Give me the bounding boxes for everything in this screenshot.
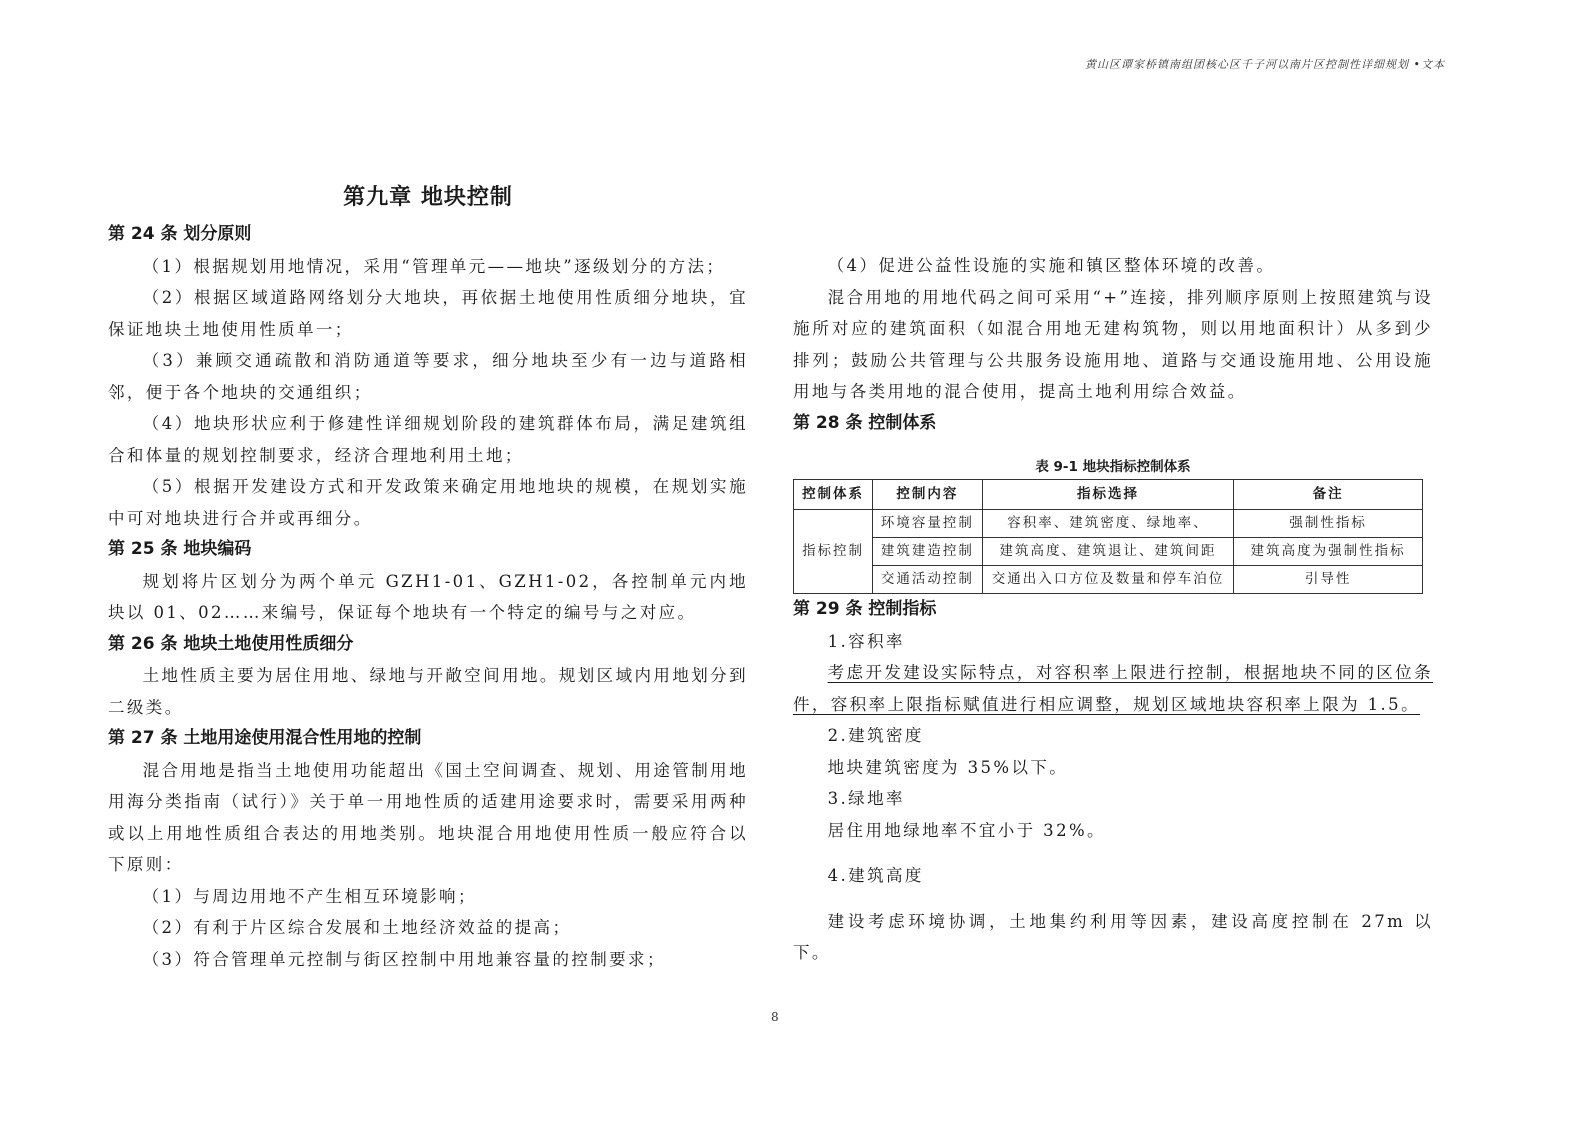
table-row: 交通活动控制 交通出入口方位及数量和停车泊位 引导性 — [794, 566, 1423, 594]
table-cell: 交通出入口方位及数量和停车泊位 — [982, 566, 1234, 594]
table-group-cell: 指标控制 — [794, 510, 873, 594]
table-header-cell: 指标选择 — [982, 480, 1234, 510]
article-27-item-1: （1）与周边用地不产生相互环境影响； — [108, 881, 748, 913]
left-column: 第 24 条 划分原则 （1）根据规划用地情况，采用“管理单元——地块”逐级划分… — [108, 219, 748, 975]
article-24-item-4: （4）地块形状应利于修建性详细规划阶段的建筑群体布局，满足建筑组合和体量的规划控… — [108, 408, 748, 471]
table-header-cell: 控制内容 — [873, 480, 983, 510]
far-label: 1.容积率 — [793, 626, 1433, 658]
page-number: 8 — [771, 1010, 779, 1024]
table-row: 指标控制 环境容量控制 容积率、建筑密度、绿地率、 强制性指标 — [794, 510, 1423, 538]
table-cell: 交通活动控制 — [873, 566, 983, 594]
article-24-item-2: （2）根据区域道路网络划分大地块，再依据土地使用性质细分地块，宜保证地块土地使用… — [108, 282, 748, 345]
density-label: 2.建筑密度 — [793, 720, 1433, 752]
table-header-row: 控制体系 控制内容 指标选择 备注 — [794, 480, 1423, 510]
article-24-item-1: （1）根据规划用地情况，采用“管理单元——地块”逐级划分的方法； — [108, 251, 748, 283]
right-column: （4）促进公益性设施的实施和镇区整体环境的改善。 混合用地的用地代码之间可采用“… — [793, 250, 1433, 969]
article-27-item-3: （3）符合管理单元控制与街区控制中用地兼容量的控制要求； — [108, 944, 748, 976]
article-26-title: 第 26 条 地块土地使用性质细分 — [108, 629, 748, 661]
table-cell: 环境容量控制 — [873, 510, 983, 538]
article-27-title: 第 27 条 土地用途使用混合性用地的控制 — [108, 723, 748, 755]
green-text: 居住用地绿地率不宜小于 32%。 — [793, 815, 1433, 847]
table-row: 建筑建造控制 建筑高度、建筑退让、建筑间距 建筑高度为强制性指标 — [794, 538, 1423, 566]
article-25-text: 规划将片区划分为两个单元 GZH1-01、GZH1-02，各控制单元内地块以 0… — [108, 566, 748, 629]
green-label: 3.绿地率 — [793, 783, 1433, 815]
table-header-cell: 控制体系 — [794, 480, 873, 510]
table-header-cell: 备注 — [1234, 480, 1423, 510]
table-cell: 建筑高度为强制性指标 — [1234, 538, 1423, 566]
table-caption: 表 9-1 地块指标控制体系 — [793, 455, 1433, 479]
chapter-title: 第九章 地块控制 — [108, 180, 748, 211]
far-text: 考虑开发建设实际特点，对容积率上限进行控制，根据地块不同的区位条件，容积率上限指… — [793, 657, 1433, 720]
height-text: 建设考虑环境协调，土地集约利用等因素，建设高度控制在 27m 以下。 — [793, 906, 1433, 969]
table-cell: 引导性 — [1234, 566, 1423, 594]
density-text: 地块建筑密度为 35%以下。 — [793, 752, 1433, 784]
control-system-table: 控制体系 控制内容 指标选择 备注 指标控制 环境容量控制 容积率、建筑密度、绿… — [793, 479, 1423, 594]
article-24-item-3: （3）兼顾交通疏散和消防通道等要求，细分地块至少有一边与道路相邻，便于各个地块的… — [108, 345, 748, 408]
article-29-title: 第 29 条 控制指标 — [793, 594, 1433, 626]
article-28-title: 第 28 条 控制体系 — [793, 408, 1433, 440]
article-24-title: 第 24 条 划分原则 — [108, 219, 748, 251]
article-27-item-4: （4）促进公益性设施的实施和镇区整体环境的改善。 — [793, 250, 1433, 282]
article-27-item-2: （2）有利于片区综合发展和土地经济效益的提高； — [108, 912, 748, 944]
table-cell: 建筑高度、建筑退让、建筑间距 — [982, 538, 1234, 566]
height-label: 4.建筑高度 — [793, 860, 1433, 892]
article-27-mixed-code-text: 混合用地的用地代码之间可采用“+”连接，排列顺序原则上按照建筑与设施所对应的建筑… — [793, 282, 1433, 408]
article-24-item-5: （5）根据开发建设方式和开发政策来确定用地地块的规模，在规划实施中可对地块进行合… — [108, 471, 748, 534]
table-cell: 容积率、建筑密度、绿地率、 — [982, 510, 1234, 538]
table-cell: 强制性指标 — [1234, 510, 1423, 538]
article-25-title: 第 25 条 地块编码 — [108, 534, 748, 566]
table-cell: 建筑建造控制 — [873, 538, 983, 566]
article-26-text: 土地性质主要为居住用地、绿地与开敞空间用地。规划区域内用地划分到二级类。 — [108, 660, 748, 723]
running-header: 黄山区谭家桥镇南组团核心区千子河以南片区控制性详细规划 •文本 — [1085, 56, 1445, 72]
article-27-text: 混合用地是指当土地使用功能超出《国土空间调查、规划、用途管制用地用海分类指南（试… — [108, 755, 748, 881]
